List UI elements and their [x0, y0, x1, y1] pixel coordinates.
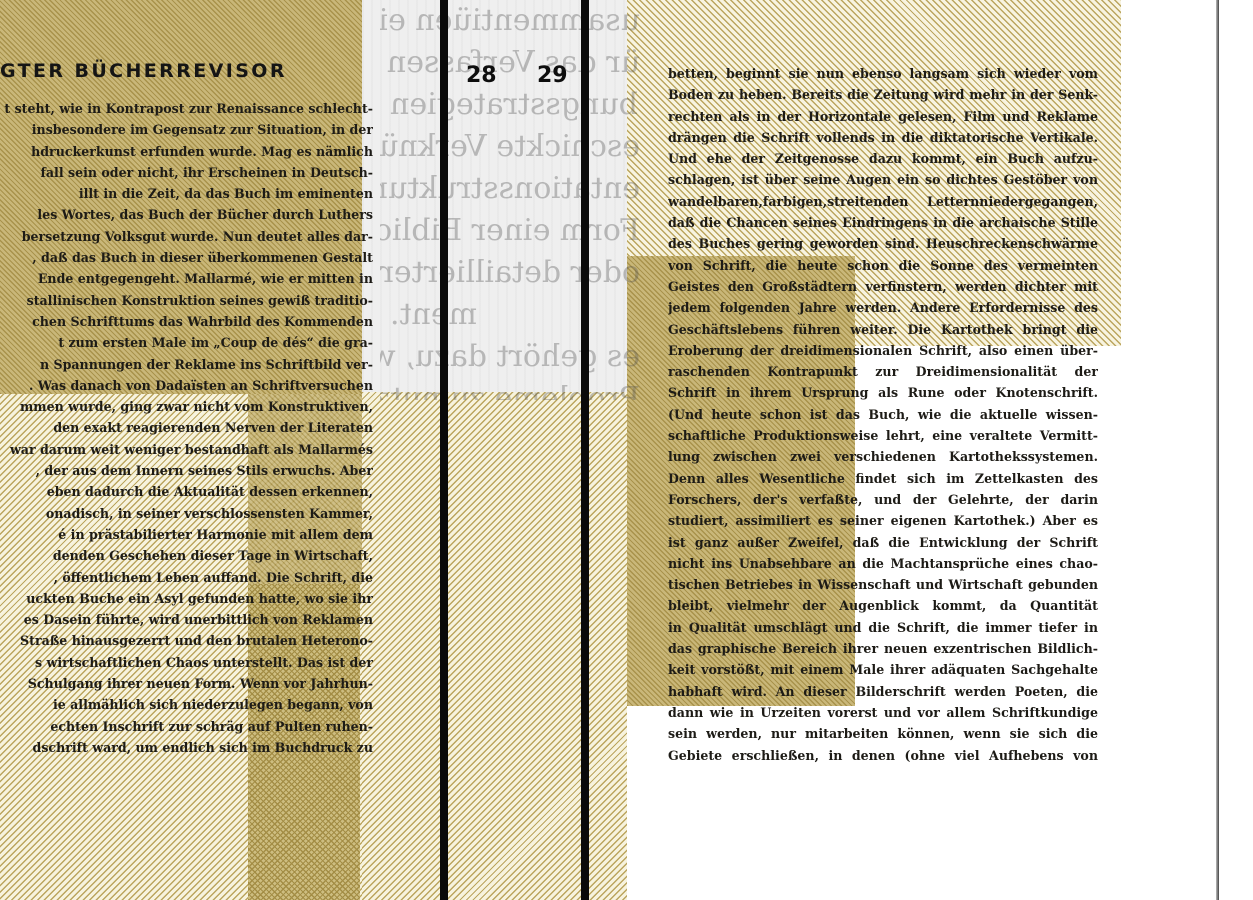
ghost-line: es gehört dazu, w — [380, 336, 640, 378]
text-line: onadisch, in seiner verschlossensten Kam… — [0, 503, 373, 524]
text-line: bleibt, vielmehr der Augenblick kommt, d… — [668, 595, 1098, 616]
text-line: jedem folgenden Jahre werden. Andere Erf… — [668, 297, 1098, 318]
text-line: rechten als in der Horizontale gelesen, … — [668, 106, 1098, 127]
text-line: Denn alles Wesentliche findet sich im Ze… — [668, 468, 1098, 489]
text-line: von Schrift, die heute schon die Sonne d… — [668, 255, 1098, 276]
text-line: fall sein oder nicht, ihr Erscheinen in … — [0, 162, 373, 183]
text-line: eben dadurch die Aktualität dessen erken… — [0, 481, 373, 502]
page-number-right: 29 — [537, 63, 568, 88]
vertical-rule-left — [440, 0, 448, 900]
text-line: in Qualität umschlägt und die Schrift, d… — [668, 617, 1098, 638]
ghost-line: usammentiüen eines neuen le — [380, 0, 640, 42]
text-line: wandelbaren,farbigen,streitenden Lettern… — [668, 191, 1098, 212]
ghost-line: ment. — [380, 294, 640, 336]
right-body-text: betten, beginnt sie nun ebenso langsam s… — [668, 63, 1098, 766]
text-line: nicht ins Unabsehbare an die Machtansprü… — [668, 553, 1098, 574]
text-line: t steht, wie in Kontrapost zur Renaissan… — [0, 98, 373, 119]
left-body-text: t steht, wie in Kontrapost zur Renaissan… — [0, 98, 373, 758]
text-line: lung zwischen zwei verschiedenen Kartoth… — [668, 446, 1098, 467]
text-line: Und ehe der Zeitgenosse dazu kommt, ein … — [668, 148, 1098, 169]
text-line: chen Schrifttums das Wahrbild des Kommen… — [0, 311, 373, 332]
text-line: Schrift in ihrem Ursprung als Rune oder … — [668, 382, 1098, 403]
show-through-text: usammentiüen eines neuen le ür das Verfa… — [380, 0, 640, 400]
text-line: schlagen, ist über seine Augen ein so di… — [668, 169, 1098, 190]
ghost-line: eschickte Verknüpfu — [380, 126, 640, 168]
ghost-line: oder detaillierteren — [380, 252, 640, 294]
text-line: drängen die Schrift vollends in die dikt… — [668, 127, 1098, 148]
page-edge-line — [1216, 0, 1219, 900]
text-line: n Spannungen der Reklame ins Schriftbild… — [0, 354, 373, 375]
text-line: Gebiete erschließen, in denen (ohne viel… — [668, 745, 1098, 766]
text-line: Forschers, der's verfaßte, und der Geleh… — [668, 489, 1098, 510]
ghost-line: Probleme zu nutz — [380, 378, 640, 400]
text-line: bersetzung Volksgut wurde. Nun deutet al… — [0, 226, 373, 247]
ghost-line: ür das Verfassen eines w — [380, 42, 640, 84]
text-line: illt in die Zeit, da das Buch im eminent… — [0, 183, 373, 204]
text-line: Geschäftslebens führen weiter. Die Karto… — [668, 319, 1098, 340]
text-line: ist ganz außer Zweifel, daß die Entwickl… — [668, 532, 1098, 553]
ghost-line: entationsstruktur — [380, 168, 640, 210]
text-line: habhaft wird. An dieser Bilderschrift we… — [668, 681, 1098, 702]
text-line: des Buches gering geworden sind. Heuschr… — [668, 233, 1098, 254]
text-line: , daß das Buch in dieser überkommenen Ge… — [0, 247, 373, 268]
text-line: , der aus dem Innern seines Stils erwuch… — [0, 460, 373, 481]
vertical-rule-right — [581, 0, 589, 900]
text-line: den exakt reagierenden Nerven der Litera… — [0, 417, 373, 438]
page-number-left: 28 — [466, 63, 497, 88]
text-line: betten, beginnt sie nun ebenso langsam s… — [668, 63, 1098, 84]
ghost-line: Form einer Biblio — [380, 210, 640, 252]
text-line: keit vorstößt, mit einem Male ihrer adäq… — [668, 659, 1098, 680]
text-line: daß die Chancen seines Eindringens in di… — [668, 212, 1098, 233]
text-line: insbesondere im Gegensatz zur Situation,… — [0, 119, 373, 140]
text-line: , öffentlichem Leben auffand. Die Schrif… — [0, 567, 373, 588]
text-line: es Dasein führte, wird unerbittlich von … — [0, 609, 373, 630]
text-line: mmen wurde, ging zwar nicht vom Konstruk… — [0, 396, 373, 417]
text-line: raschenden Kontrapunkt zur Dreidimension… — [668, 361, 1098, 382]
text-line: s wirtschaftlichen Chaos unterstellt. Da… — [0, 652, 373, 673]
text-line: das graphische Bereich ihrer neuen exzen… — [668, 638, 1098, 659]
text-line: (Und heute schon ist das Buch, wie die a… — [668, 404, 1098, 425]
text-line: tischen Betriebes in Wissenschaft und Wi… — [668, 574, 1098, 595]
text-line: Eroberung der dreidimensionalen Schrift,… — [668, 340, 1098, 361]
running-header-title: GTER BÜCHERREVISOR — [0, 60, 287, 82]
ghost-line: bungsstrategien — [380, 84, 640, 126]
text-line: schaftliche Produktionsweise lehrt, eine… — [668, 425, 1098, 446]
text-line: echten Inschrift zur schräg auf Pulten r… — [0, 716, 373, 737]
text-line: war darum weit weniger bestandhaft als M… — [0, 439, 373, 460]
text-line: ie allmählich sich niederzulegen begann,… — [0, 694, 373, 715]
text-line: studiert, assimiliert es seiner eigenen … — [668, 510, 1098, 531]
text-line: les Wortes, das Buch der Bücher durch Lu… — [0, 204, 373, 225]
text-line: t zum ersten Male im „Coup de dés“ die g… — [0, 332, 373, 353]
text-line: denden Geschehen dieser Tage in Wirtscha… — [0, 545, 373, 566]
text-line: hdruckerkunst erfunden wurde. Mag es näm… — [0, 141, 373, 162]
text-line: Schulgang ihrer neuen Form. Wenn vor Jah… — [0, 673, 373, 694]
text-line: uckten Buche ein Asyl gefunden hatte, wo… — [0, 588, 373, 609]
text-line: dschrift ward, um endlich sich im Buchdr… — [0, 737, 373, 758]
text-line: Straße hinausgezerrt und den brutalen He… — [0, 630, 373, 651]
text-line: . Was danach von Dadaïsten an Schriftver… — [0, 375, 373, 396]
text-line: Geistes den Großstädtern verfinstern, we… — [668, 276, 1098, 297]
text-line: é in prästabilierter Harmonie mit allem … — [0, 524, 373, 545]
text-line: stallinischen Konstruktion seines gewiß … — [0, 290, 373, 311]
text-line: Ende entgegengeht. Mallarmé, wie er mitt… — [0, 268, 373, 289]
text-line: sein werden, nur mitarbeiten können, wen… — [668, 723, 1098, 744]
text-line: dann wie in Urzeiten vorerst und vor all… — [668, 702, 1098, 723]
text-line: Boden zu heben. Bereits die Zeitung wird… — [668, 84, 1098, 105]
